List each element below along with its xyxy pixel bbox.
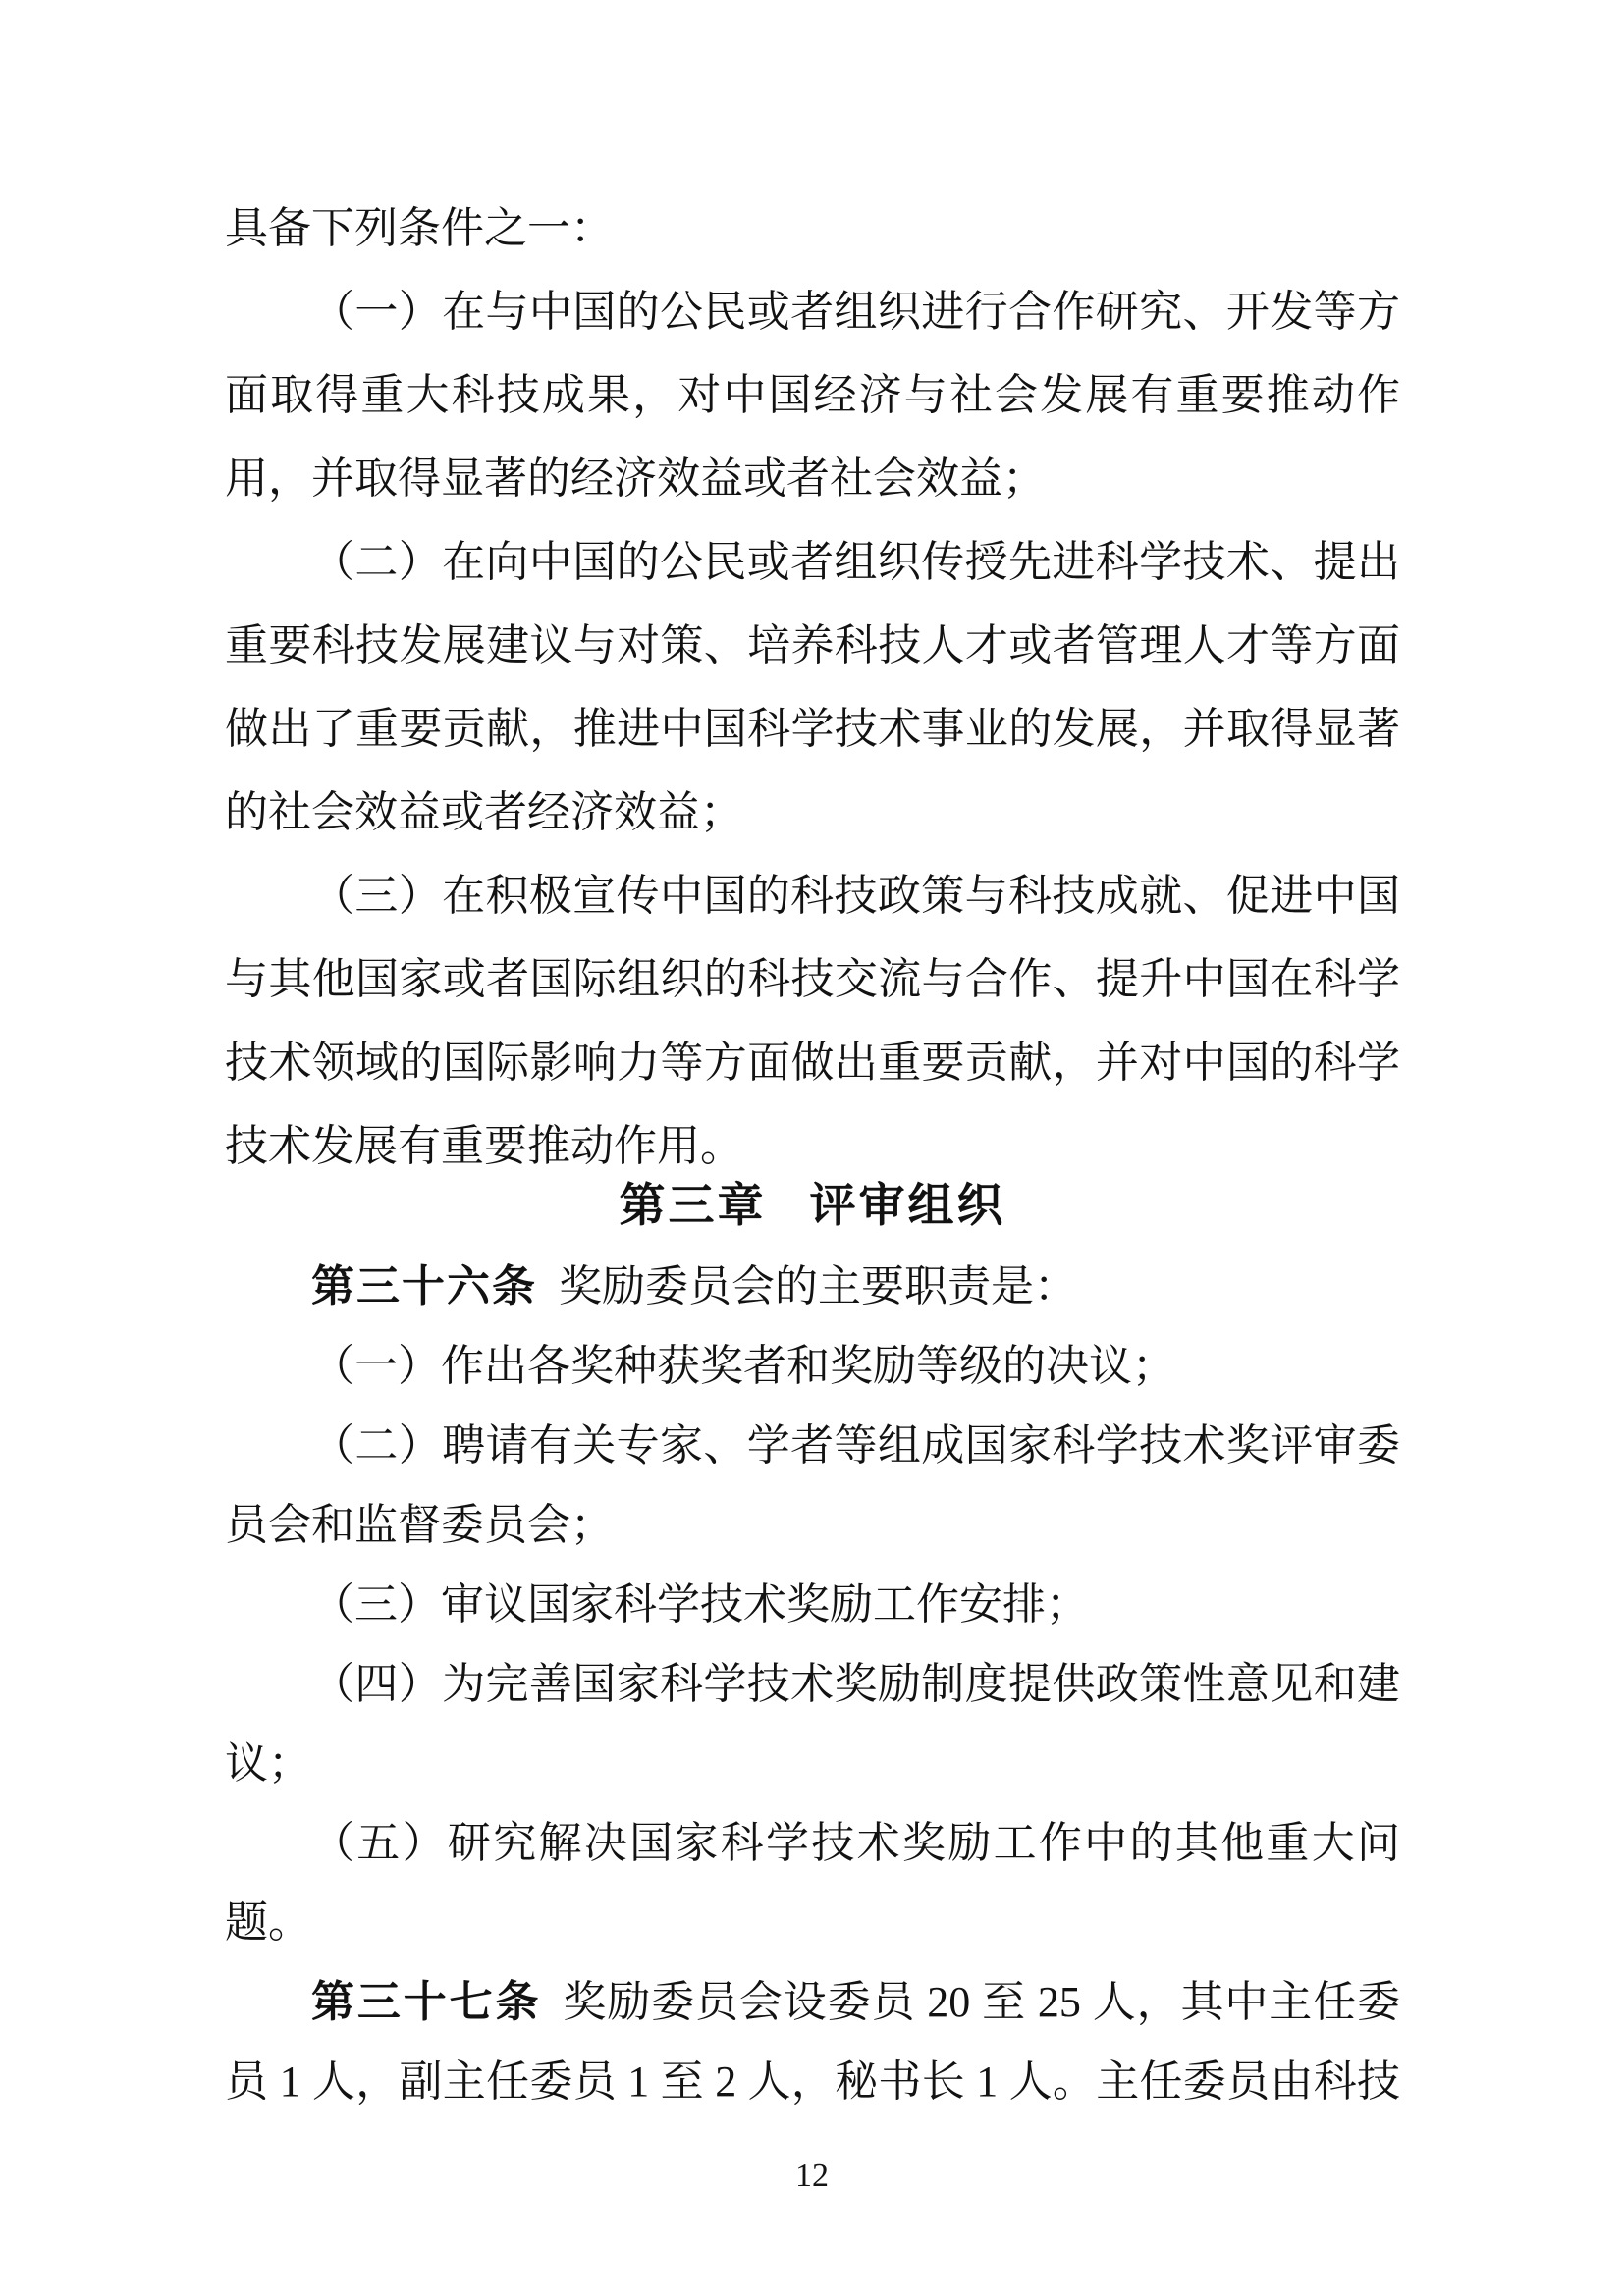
article-number: 第三十七条 [311, 1978, 563, 2026]
page-number: 12 [0, 2152, 1624, 2201]
body-line: 议； [225, 1724, 1400, 1803]
body-line: 的社会效益或者经济效益； [225, 771, 1400, 854]
body-line: 第三十七条奖励委员会设委员 20 至 25 人，其中主任委 [225, 1962, 1400, 2042]
body-line: （三）审议国家科学技术奖励工作安排； [225, 1565, 1400, 1644]
section-eligibility-conditions: 具备下列条件之一： （一）在与中国的公民或者组织进行合作研究、开发等方 面取得重… [225, 187, 1400, 1188]
body-line: 重要科技发展建议与对策、培养科技人才或者管理人才等方面 [225, 604, 1400, 687]
body-line: （二）在向中国的公民或者组织传授先进科学技术、提出 [225, 520, 1400, 604]
body-line: （一）作出各奖种获奖者和奖励等级的决议； [225, 1326, 1400, 1406]
body-line: （一）在与中国的公民或者组织进行合作研究、开发等方 [225, 270, 1400, 353]
body-line: 与其他国家或者国际组织的科技交流与合作、提升中国在科学 [225, 937, 1400, 1021]
body-line: （五）研究解决国家科学技术奖励工作中的其他重大问 [225, 1803, 1400, 1883]
chapter-label: 第三章 [620, 1179, 767, 1231]
article-number: 第三十六条 [311, 1262, 559, 1310]
chapter-title: 评审组织 [810, 1179, 1006, 1231]
body-line: 技术领域的国际影响力等方面做出重要贡献，并对中国的科学 [225, 1021, 1400, 1104]
body-line: （三）在积极宣传中国的科技政策与科技成就、促进中国 [225, 854, 1400, 937]
body-line: 员 1 人，副主任委员 1 至 2 人，秘书长 1 人。主任委员由科技 [225, 2042, 1400, 2121]
body-line: 具备下列条件之一： [225, 187, 1400, 270]
document-text-block: 具备下列条件之一： （一）在与中国的公民或者组织进行合作研究、开发等方 面取得重… [225, 187, 1400, 2121]
section-review-organization: 第三十六条奖励委员会的主要职责是： （一）作出各奖种获奖者和奖励等级的决议； （… [225, 1247, 1400, 2121]
body-line-text: 奖励委员会的主要职责是： [559, 1262, 1077, 1310]
body-line: （二）聘请有关专家、学者等组成国家科学技术奖评审委 [225, 1406, 1400, 1485]
body-line: 题。 [225, 1883, 1400, 1962]
body-line: 面取得重大科技成果，对中国经济与社会发展有重要推动作 [225, 353, 1400, 437]
body-line-text: 奖励委员会设委员 20 至 25 人，其中主任委 [563, 1978, 1400, 2026]
body-line: 员会和监督委员会； [225, 1485, 1400, 1565]
body-line: 用，并取得显著的经济效益或者社会效益； [225, 437, 1400, 520]
document-page: 具备下列条件之一： （一）在与中国的公民或者组织进行合作研究、开发等方 面取得重… [0, 0, 1624, 2296]
body-line: 第三十六条奖励委员会的主要职责是： [225, 1247, 1400, 1326]
body-line: （四）为完善国家科学技术奖励制度提供政策性意见和建 [225, 1644, 1400, 1724]
body-line: 做出了重要贡献，推进中国科学技术事业的发展，并取得显著 [225, 687, 1400, 771]
